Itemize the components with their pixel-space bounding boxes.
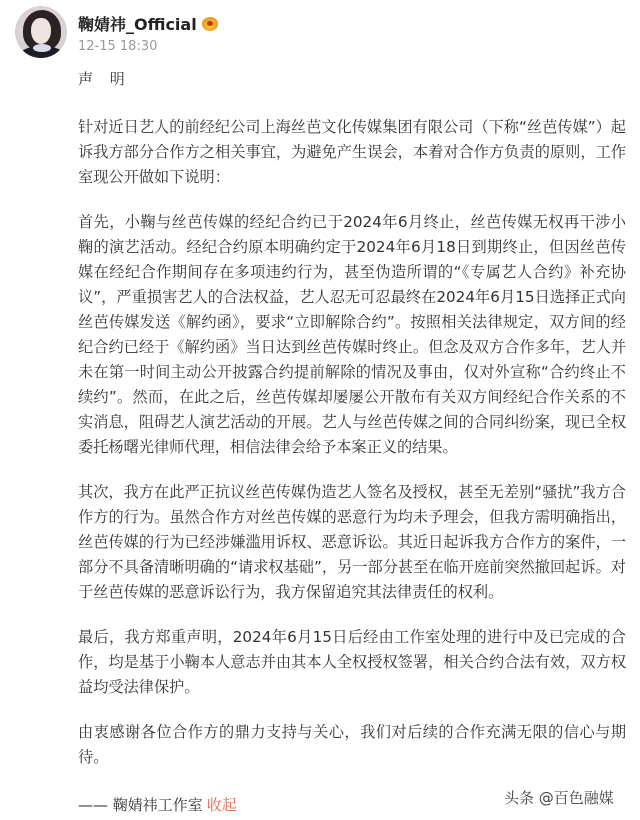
post-timestamp: 12-15 18:30 [78, 39, 157, 54]
paragraph-second: 其次，我方在此严正抗议丝芭传媒伪造艺人签名及授权，甚至无差别“骚扰”我方合作方的… [78, 480, 626, 605]
avatar-face [31, 18, 51, 44]
avatar[interactable] [15, 6, 67, 58]
post-body: 针对近日艺人的前经纪公司上海丝芭文化传媒集团有限公司（下称“丝芭传媒”）起诉我方… [78, 115, 626, 790]
author-name[interactable]: 鞠婧祎_Official [78, 12, 218, 35]
signature-line: —— 鞠婧祎工作室收起 [78, 794, 237, 815]
post-header: 鞠婧祎_Official 12-15 18:30 [0, 0, 640, 70]
paragraph-last: 最后，我方郑重声明，2024年6月15日后经由工作室处理的进行中及已完成的合作，… [78, 625, 626, 700]
verified-badge-icon [202, 17, 218, 31]
source-watermark: 头条 @百色融媒 [504, 787, 614, 808]
paragraph-first: 首先，小鞠与丝芭传媒的经纪合约已于2024年6月终止，丝芭传媒无权再干涉小鞠的演… [78, 210, 626, 460]
paragraph-intro: 针对近日艺人的前经纪公司上海丝芭文化传媒集团有限公司（下称“丝芭传媒”）起诉我方… [78, 115, 626, 190]
author-name-text[interactable]: 鞠婧祎_Official [78, 12, 197, 35]
collapse-link[interactable]: 收起 [207, 796, 237, 814]
signature-text: —— 鞠婧祎工作室 [78, 796, 203, 814]
post-title: 声 明 [78, 68, 131, 89]
paragraph-thanks: 由衷感谢各位合作方的鼎力支持与关心，我们对后续的合作充满无限的信心与期待。 [78, 720, 626, 770]
avatar-collar [33, 44, 51, 52]
